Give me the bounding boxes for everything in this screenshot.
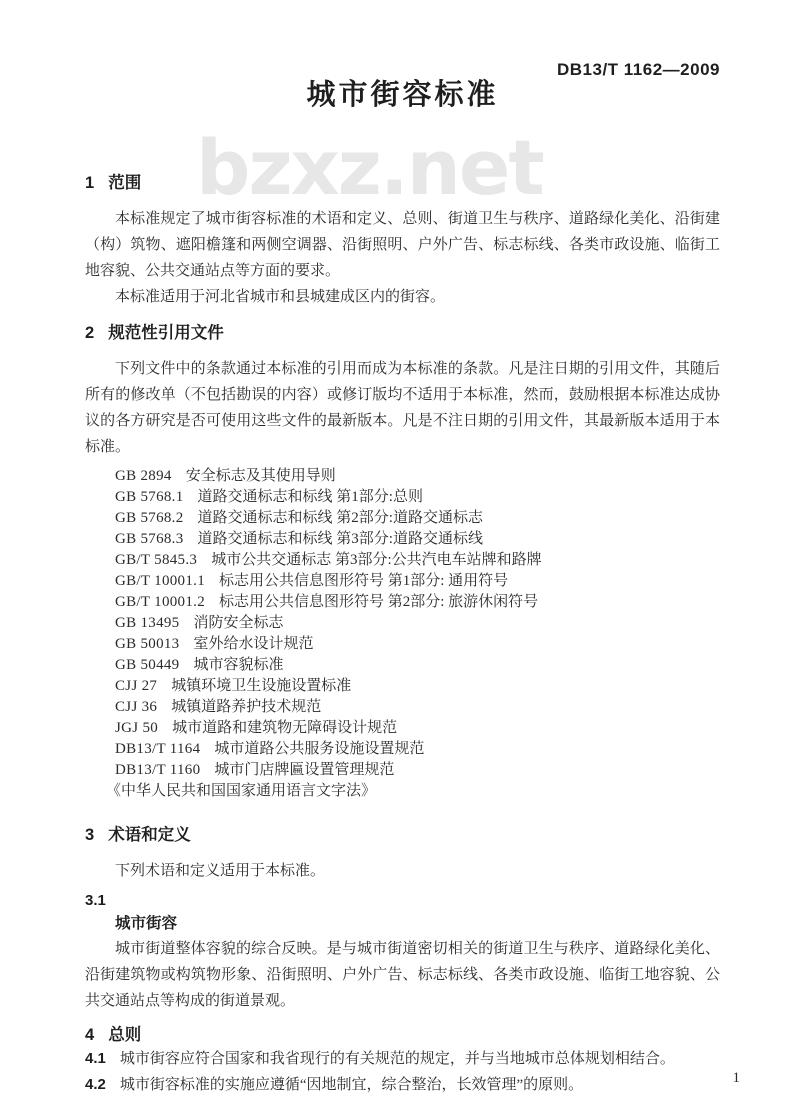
reference-item: CJJ 27城镇环境卫生设施设置标准: [115, 676, 720, 697]
reference-item: GB 5768.3道路交通标志和标线 第3部分:道路交通标线: [115, 529, 720, 550]
term-definition: 城市街道整体容貌的综合反映。是与城市街道密切相关的街道卫生与秩序、道路绿化美化、…: [85, 936, 720, 1014]
document-content: 城市街容标准 1范围 本标准规定了城市街容标准的术语和定义、总则、街道卫生与秩序…: [0, 78, 800, 1098]
scope-paragraph-1: 本标准规定了城市街容标准的术语和定义、总则、街道卫生与秩序、道路绿化美化、沿街建…: [85, 206, 720, 284]
general-rule-item: 4.1城市街容应符合国家和我省现行的有关规范的规定，并与当地城市总体规划相结合。: [85, 1046, 720, 1072]
section-label: 范围: [108, 174, 141, 192]
reference-code: GB 13495: [115, 613, 180, 634]
reference-code: JGJ 50: [115, 718, 158, 739]
reference-title: 消防安全标志: [194, 615, 284, 631]
section-scope-heading: 1范围: [85, 172, 720, 194]
section-number: 2: [85, 324, 94, 342]
reference-code: GB 50449: [115, 655, 180, 676]
section-number: 4: [85, 1026, 94, 1044]
reference-title: 城市公共交通标志 第3部分:公共汽电车站牌和路牌: [211, 552, 541, 568]
scope-paragraph-2: 本标准适用于河北省城市和县城建成区内的街容。: [85, 284, 720, 310]
reference-code: GB/T 10001.2: [115, 592, 205, 613]
section-label: 总则: [108, 1026, 141, 1044]
reference-item: GB 13495消防安全标志: [115, 613, 720, 634]
reference-code: GB/T 5845.3: [115, 550, 197, 571]
general-rule-item: 4.2城市街容标准的实施应遵循“因地制宜，综合整治，长效管理”的原则。: [85, 1072, 720, 1098]
reference-item: GB 2894安全标志及其使用导则: [115, 466, 720, 487]
section-label: 术语和定义: [108, 826, 191, 844]
reference-code: GB/T 10001.1: [115, 571, 205, 592]
section-references-heading: 2规范性引用文件: [85, 322, 720, 344]
reference-item: 《中华人民共和国国家通用语言文字法》: [106, 781, 720, 802]
reference-item: GB/T 5845.3城市公共交通标志 第3部分:公共汽电车站牌和路牌: [115, 550, 720, 571]
section-general-heading: 4总则: [85, 1024, 720, 1046]
references-intro: 下列文件中的条款通过本标准的引用而成为本标准的条款。凡是注日期的引用文件，其随后…: [85, 356, 720, 460]
reference-code: GB 50013: [115, 634, 180, 655]
reference-title: 标志用公共信息图形符号 第1部分: 通用符号: [219, 573, 508, 589]
section-number: 3: [85, 826, 94, 844]
reference-item: GB 5768.2道路交通标志和标线 第2部分:道路交通标志: [115, 508, 720, 529]
reference-code: CJJ 27: [115, 676, 157, 697]
reference-title: 城市道路公共服务设施设置规范: [214, 741, 424, 757]
reference-title: 安全标志及其使用导则: [186, 468, 336, 484]
reference-title: 城市门店牌匾设置管理规范: [214, 762, 394, 778]
clause-text: 城市街容应符合国家和我省现行的有关规范的规定，并与当地城市总体规划相结合。: [120, 1051, 675, 1067]
reference-title: 《中华人民共和国国家通用语言文字法》: [106, 783, 376, 799]
reference-title: 城镇环境卫生设施设置标准: [171, 678, 351, 694]
reference-item: GB 5768.1道路交通标志和标线 第1部分:总则: [115, 487, 720, 508]
section-terms-heading: 3术语和定义: [85, 824, 720, 846]
reference-item: JGJ 50城市道路和建筑物无障碍设计规范: [115, 718, 720, 739]
reference-code: DB13/T 1160: [115, 760, 200, 781]
reference-title: 道路交通标志和标线 第3部分:道路交通标线: [198, 531, 483, 547]
reference-item: DB13/T 1160城市门店牌匾设置管理规范: [115, 760, 720, 781]
reference-title: 室外给水设计规范: [194, 636, 314, 652]
reference-item: DB13/T 1164城市道路公共服务设施设置规范: [115, 739, 720, 760]
clause-number: 4.1: [85, 1050, 106, 1067]
reference-list: GB 2894安全标志及其使用导则 GB 5768.1道路交通标志和标线 第1部…: [115, 466, 720, 802]
clause-number: 4.2: [85, 1076, 106, 1093]
term-name: 城市街容: [115, 913, 720, 934]
reference-title: 城镇道路养护技术规范: [171, 699, 321, 715]
reference-item: GB 50449城市容貌标准: [115, 655, 720, 676]
reference-code: GB 5768.2: [115, 508, 184, 529]
reference-title: 标志用公共信息图形符号 第2部分: 旅游休闲符号: [219, 594, 538, 610]
terms-intro: 下列术语和定义适用于本标准。: [85, 858, 720, 884]
document-title: 城市街容标准: [85, 78, 720, 112]
reference-item: GB/T 10001.1标志用公共信息图形符号 第1部分: 通用符号: [115, 571, 720, 592]
reference-title: 道路交通标志和标线 第1部分:总则: [198, 489, 423, 505]
reference-code: DB13/T 1164: [115, 739, 200, 760]
section-number: 1: [85, 174, 94, 192]
reference-code: CJJ 36: [115, 697, 157, 718]
clause-text: 城市街容标准的实施应遵循“因地制宜，综合整治，长效管理”的原则。: [120, 1077, 583, 1093]
reference-item: CJJ 36城镇道路养护技术规范: [115, 697, 720, 718]
reference-item: GB 50013室外给水设计规范: [115, 634, 720, 655]
section-label: 规范性引用文件: [108, 324, 224, 342]
reference-code: GB 2894: [115, 466, 172, 487]
clause-number: 3.1: [85, 890, 720, 911]
reference-title: 城市道路和建筑物无障碍设计规范: [172, 720, 397, 736]
reference-title: 道路交通标志和标线 第2部分:道路交通标志: [198, 510, 483, 526]
reference-code: GB 5768.3: [115, 529, 184, 550]
reference-item: GB/T 10001.2标志用公共信息图形符号 第2部分: 旅游休闲符号: [115, 592, 720, 613]
reference-code: GB 5768.1: [115, 487, 184, 508]
standard-code: DB13/T 1162—2009: [557, 60, 720, 80]
reference-title: 城市容貌标准: [194, 657, 284, 673]
document-page: DB13/T 1162—2009 bzxz.net 城市街容标准 1范围 本标准…: [0, 0, 800, 1106]
